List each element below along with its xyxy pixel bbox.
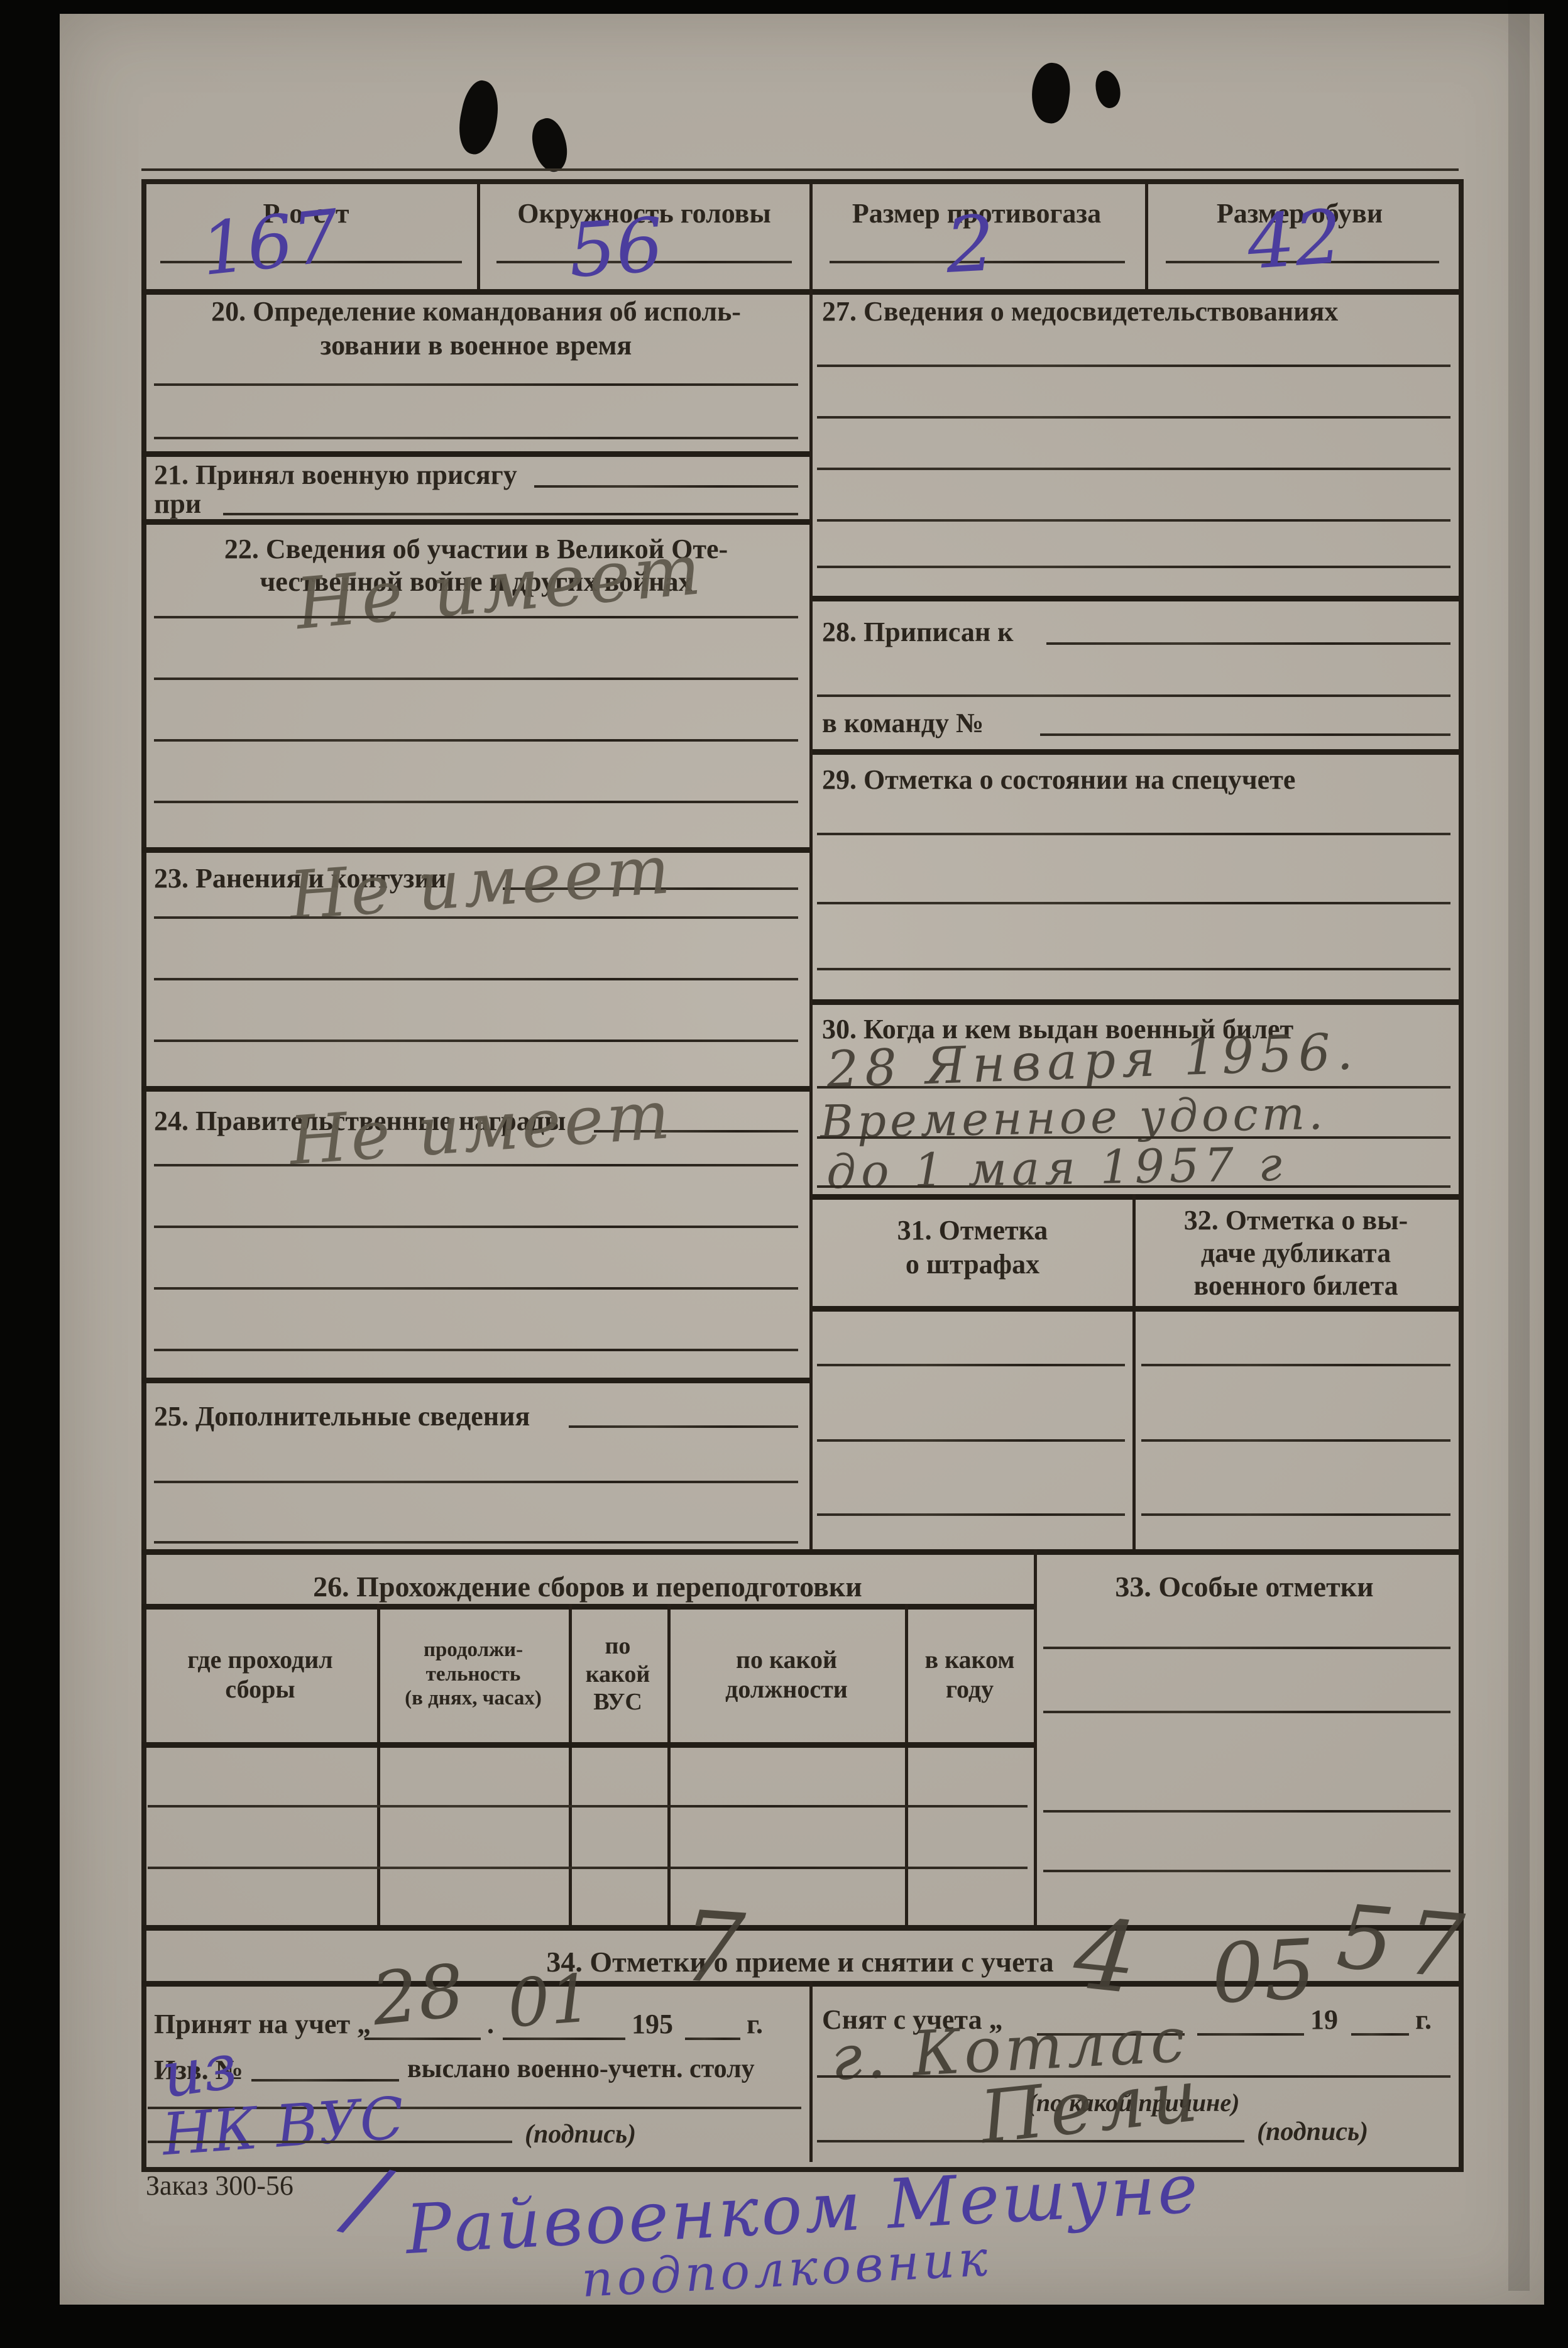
blank-rule <box>817 968 1450 970</box>
section-21-label: 21. Принял военную присягу <box>154 459 517 491</box>
blank-rule <box>817 566 1450 568</box>
blank-rule <box>154 1287 798 1290</box>
section-27-title: 27. Сведения о медосвидетельствованиях <box>822 295 1338 328</box>
blank-rule <box>1043 1870 1450 1872</box>
accepted-removed-divider <box>809 1981 813 2162</box>
accepted-dot: . <box>487 2008 494 2041</box>
paper-right-crease <box>1508 0 1530 2291</box>
section-border <box>813 1194 1459 1200</box>
section-20-title-line2: зовании в военное время <box>154 329 798 362</box>
blank-rule <box>154 801 798 803</box>
section-border <box>141 519 809 525</box>
blank-rule <box>1046 642 1450 645</box>
section-28-label: 28. Приписан к <box>822 616 1014 649</box>
accepted-year-suffix: г. <box>747 2008 763 2041</box>
section-29-title: 29. Отметка о состоянии на спецучете <box>822 764 1295 796</box>
blank-rule <box>817 2140 1244 2142</box>
blank-rule <box>817 833 1450 835</box>
section-31-title-line2: о штрафах <box>817 1248 1128 1281</box>
blank-rule <box>817 416 1450 419</box>
outer-double-rule <box>141 168 1459 171</box>
fines-duplicate-divider <box>1132 1194 1136 1549</box>
blank-rule <box>817 1136 1450 1139</box>
blank-rule <box>154 916 798 919</box>
table-26-col-header-duration: продолжи- тельность (в днях, часах) <box>382 1609 564 1740</box>
handwritten-accepted-year: 7 <box>679 1897 747 1999</box>
blank-rule <box>154 1164 798 1166</box>
table-26-row-rule <box>148 1867 1028 1869</box>
accepted-year-prefix: 195 <box>632 2008 673 2041</box>
handwritten-accepted-day: 28 <box>368 1955 468 2037</box>
table-26-row-rule <box>148 1805 1028 1808</box>
handwritten-head-circumference-value: 56 <box>566 207 666 288</box>
header-divider <box>477 184 480 289</box>
blank-rule <box>685 2038 740 2040</box>
major-section-border <box>141 1549 1459 1555</box>
section-33-title: 33. Особые отметки <box>1034 1570 1455 1604</box>
column-divider <box>809 289 813 1552</box>
header-bottom-rule <box>141 289 1459 295</box>
blank-rule <box>817 1364 1125 1366</box>
blank-rule <box>817 902 1450 904</box>
blank-rule <box>1043 1711 1450 1713</box>
section-32-title-line2: даче дубликата <box>1139 1237 1453 1270</box>
section-border <box>813 596 1459 601</box>
table-26-col-header-vus: по какой ВУС <box>572 1609 664 1740</box>
blank-rule <box>817 1086 1450 1089</box>
section-28-label2: в команду № <box>822 707 984 740</box>
table-26-col-divider <box>377 1604 380 1925</box>
section-32-title-line1: 32. Отметка о вы- <box>1139 1204 1453 1237</box>
table-26-col-divider <box>905 1604 908 1925</box>
section-21-label2: при <box>154 488 201 520</box>
header-underline <box>813 1306 1459 1312</box>
print-order-number: Заказ 300-56 <box>146 2170 293 2202</box>
blank-rule <box>148 2141 512 2143</box>
section-25-label: 25. Дополнительные сведения <box>154 1400 530 1433</box>
blank-rule <box>817 1513 1125 1516</box>
handwritten-height-value: 167 <box>198 200 343 287</box>
section-border <box>813 999 1459 1005</box>
blank-rule <box>817 519 1450 522</box>
blank-rule <box>154 1481 798 1483</box>
table-26-header-bottom-rule <box>141 1742 1034 1748</box>
scanned-military-card: Рост Окружность головы Размер противогаз… <box>0 0 1568 2348</box>
blank-rule <box>1040 733 1450 736</box>
blank-rule <box>817 365 1450 367</box>
blank-rule <box>1141 1513 1450 1516</box>
blank-rule <box>251 2079 399 2082</box>
section-border <box>141 451 809 457</box>
section-26-title: 26. Прохождение сборов и переподготовки <box>141 1570 1034 1604</box>
blank-rule <box>154 678 798 680</box>
blank-rule <box>154 1541 798 1544</box>
table-26-col-divider <box>667 1604 671 1925</box>
blank-rule <box>569 1425 798 1428</box>
section-31-title-line1: 31. Отметка <box>817 1214 1128 1247</box>
training-special-divider <box>1034 1549 1037 1925</box>
header-divider <box>1145 184 1148 289</box>
handwritten-gasmask-size-value: 2 <box>944 205 997 284</box>
blank-rule <box>817 468 1450 470</box>
blank-rule <box>154 978 798 980</box>
section-32-title-line3: военного билета <box>1139 1270 1453 1302</box>
table-26-col-header-position: по какой должности <box>672 1609 901 1740</box>
section-border <box>813 749 1459 755</box>
blank-rule <box>1043 1647 1450 1649</box>
table-26-col-header-year: в каком году <box>910 1609 1029 1740</box>
blank-rule <box>154 383 798 386</box>
blank-rule <box>1197 2033 1304 2036</box>
table-26-col-header-place: где проходил сборы <box>148 1609 373 1740</box>
header-divider <box>809 184 813 289</box>
blank-rule <box>223 513 798 515</box>
blank-rule <box>154 437 798 439</box>
blank-rule <box>1141 1439 1450 1442</box>
signature-label-left: (подпись) <box>525 2119 636 2151</box>
blank-rule <box>154 1226 798 1228</box>
blank-rule <box>154 616 798 618</box>
izv-label2: выслано военно-учетн. столу <box>407 2054 755 2085</box>
blank-rule <box>1043 1810 1450 1813</box>
handwritten-removed-month: 05 <box>1210 1928 1318 2015</box>
handwritten-removed-day: 4 <box>1070 1904 1141 2007</box>
removed-year-suffix: г. <box>1415 2004 1432 2036</box>
blank-rule <box>154 739 798 742</box>
blank-rule <box>1351 2033 1409 2036</box>
handwritten-removed-year: 57 <box>1334 1894 1481 1994</box>
blank-rule <box>817 1185 1450 1188</box>
blank-rule <box>154 1040 798 1042</box>
blank-rule <box>1141 1364 1450 1366</box>
blank-rule <box>817 1439 1125 1442</box>
section-border <box>141 1378 809 1383</box>
handwritten-accepted-month: 01 <box>506 1965 595 2037</box>
blank-rule <box>154 1349 798 1351</box>
section-20-title-line1: 20. Определение командования об исполь- <box>154 295 798 328</box>
signature-label-right: (подпись) <box>1257 2117 1368 2148</box>
handwritten-shoe-size-value: 42 <box>1245 199 1344 280</box>
blank-rule <box>817 694 1450 697</box>
blank-rule <box>534 485 798 488</box>
